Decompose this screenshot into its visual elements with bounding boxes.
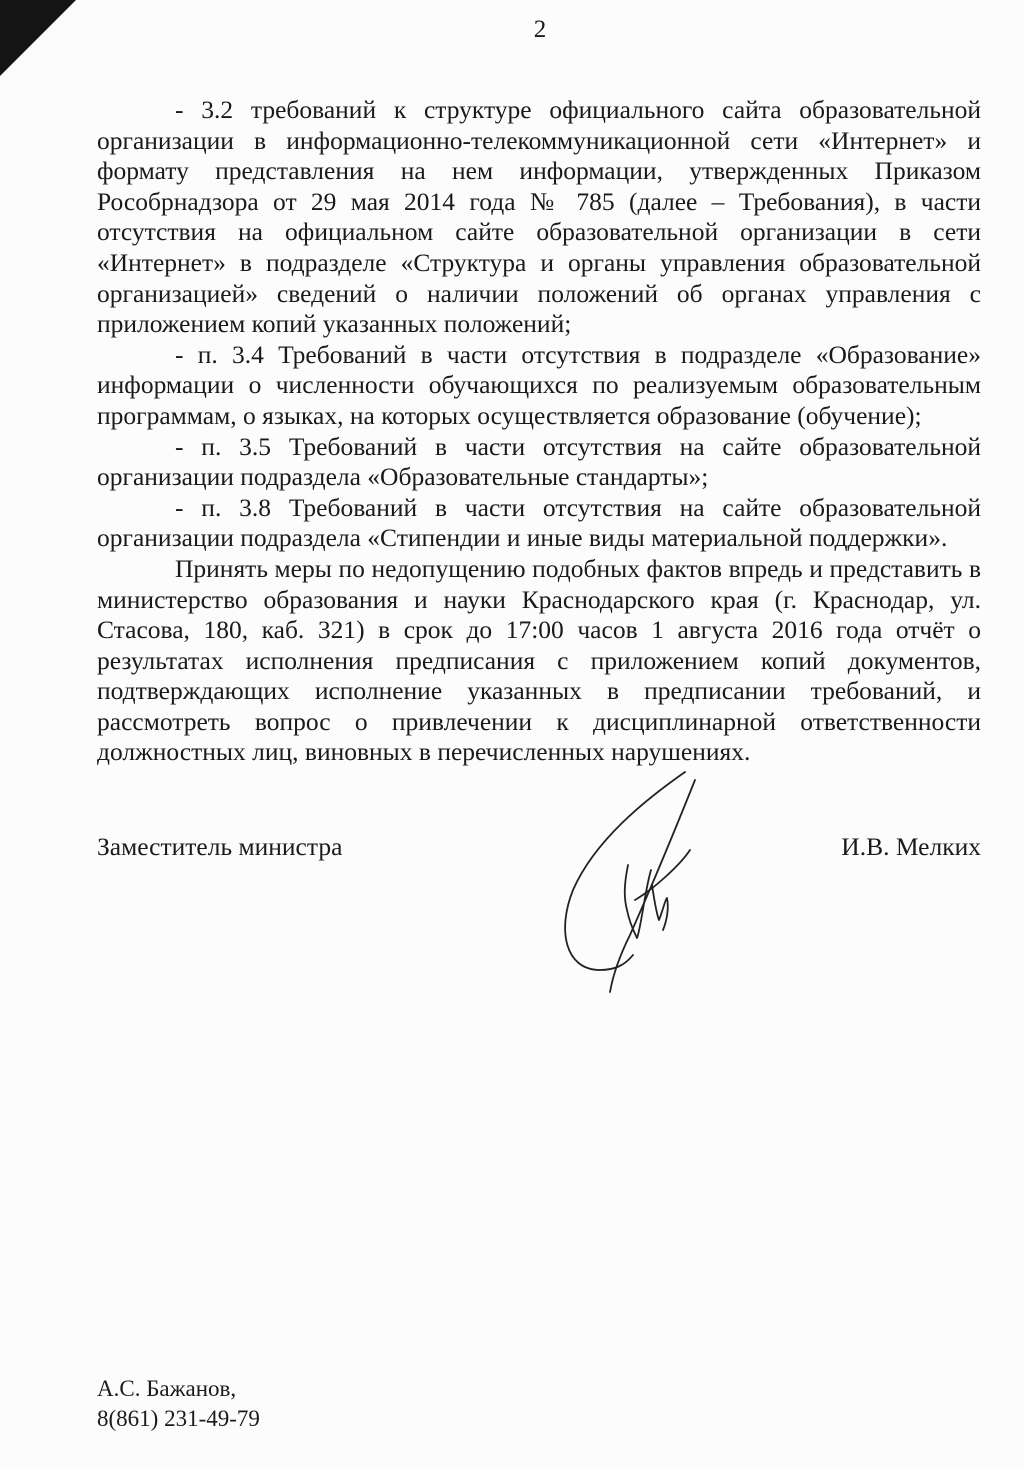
signer-name: И.В. Мелких bbox=[841, 832, 981, 862]
paragraph-requirement-3-8: - п. 3.8 Требований в части отсутствия н… bbox=[97, 493, 981, 554]
signer-title: Заместитель министра bbox=[97, 832, 342, 862]
paragraph-requirement-3-4: - п. 3.4 Требований в части отсутствия в… bbox=[97, 340, 981, 432]
document-body: - 3.2 требований к структуре официальног… bbox=[97, 95, 981, 768]
executor-info: А.С. Бажанов, 8(861) 231-49-79 bbox=[97, 1374, 260, 1434]
page-number: 2 bbox=[0, 16, 1024, 44]
executor-name: А.С. Бажанов, bbox=[97, 1374, 260, 1404]
paragraph-requirement-3-2: - 3.2 требований к структуре официальног… bbox=[97, 95, 981, 340]
executor-phone: 8(861) 231-49-79 bbox=[97, 1404, 260, 1434]
paragraph-requirement-3-5: - п. 3.5 Требований в части отсутствия н… bbox=[97, 432, 981, 493]
paragraph-instructions: Принять меры по недопущению подобных фак… bbox=[97, 554, 981, 768]
handwritten-signature-icon bbox=[555, 770, 705, 995]
